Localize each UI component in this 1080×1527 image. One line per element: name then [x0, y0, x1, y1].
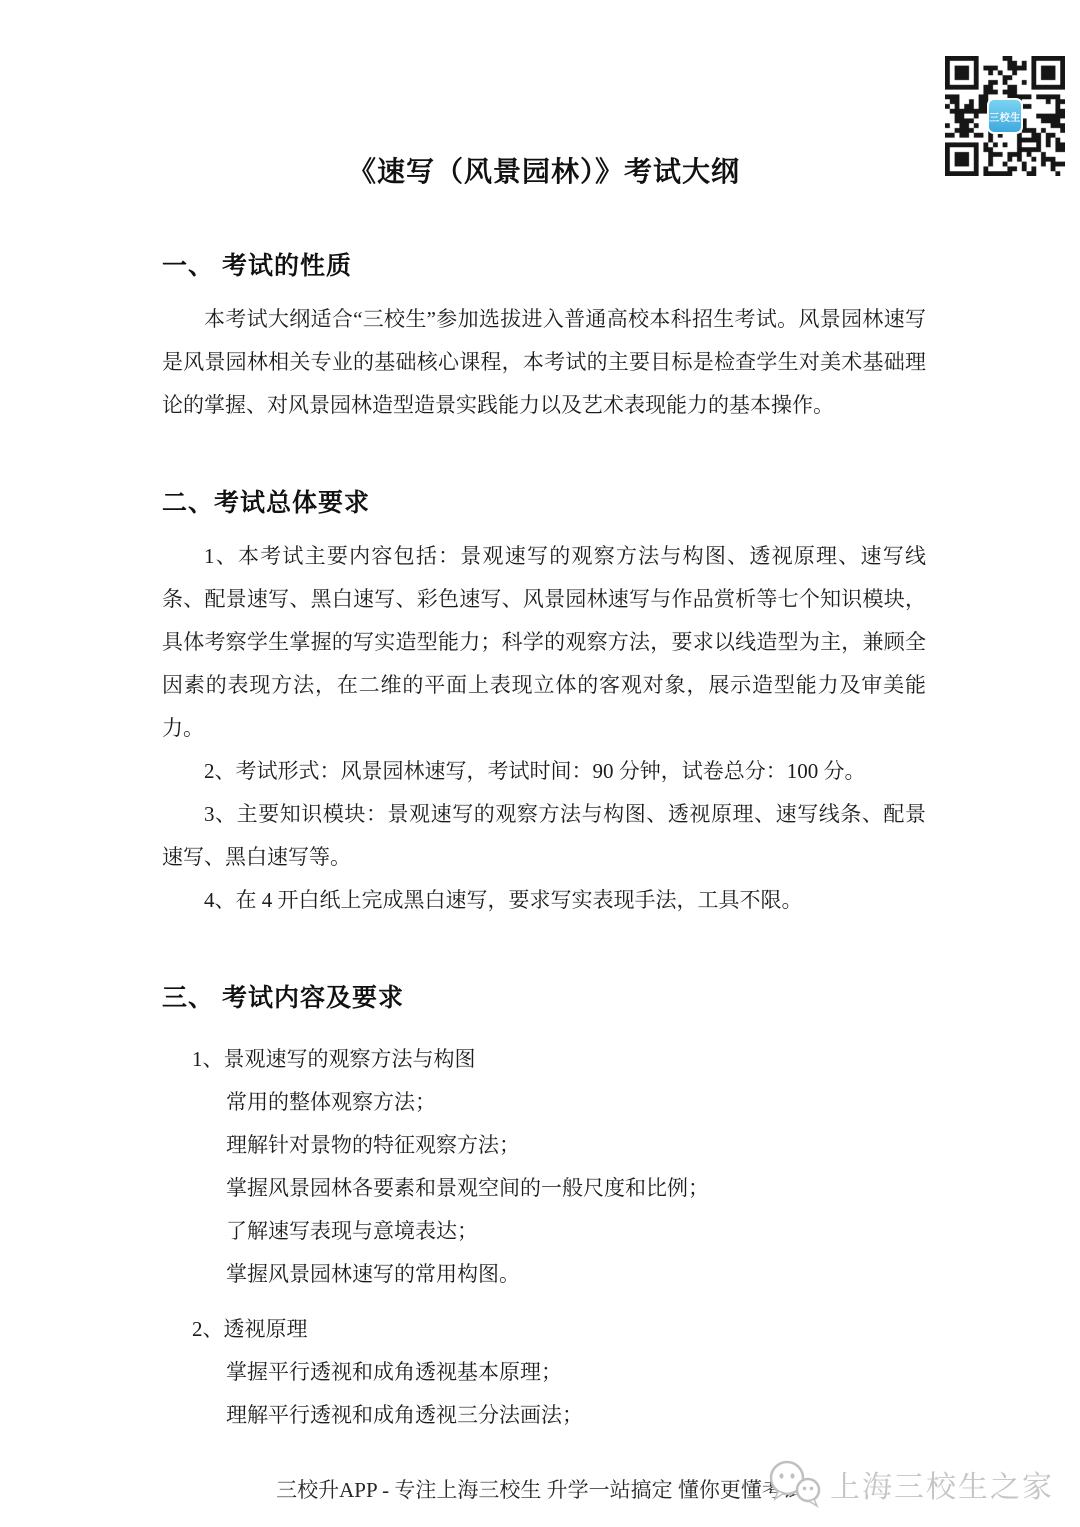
subsection-1-line: 常用的整体观察方法；	[162, 1081, 926, 1124]
section-heading-exam-nature: 一、 考试的性质	[162, 246, 926, 282]
qr-code: 三校生	[945, 56, 1065, 176]
page-title: 《速写（风景园林）》考试大纲	[162, 150, 926, 190]
overall-item-3: 3、主要知识模块：景观速写的观察方法与构图、透视原理、速写线条、配景速写、黑白速…	[162, 793, 926, 879]
subsection-1-line: 掌握风景园林各要素和景观空间的一般尺度和比例；	[162, 1167, 926, 1210]
overall-item-2: 2、考试形式：风景园林速写，考试时间：90 分钟，试卷总分：100 分。	[162, 750, 926, 793]
section-heading-exam-content: 三、 考试内容及要求	[162, 978, 926, 1014]
overall-item-1: 1、本考试主要内容包括：景观速写的观察方法与构图、透视原理、速写线条、配景速写、…	[162, 535, 926, 750]
subsection-1-line: 了解速写表现与意境表达；	[162, 1210, 926, 1253]
watermark: 上海三校生之家	[764, 1458, 1054, 1510]
subsection-1-line: 掌握风景园林速写的常用构图。	[162, 1253, 926, 1296]
overall-item-4: 4、在 4 开白纸上完成黑白速写，要求写实表现手法，工具不限。	[162, 879, 926, 922]
subsection-1-title: 1、景观速写的观察方法与构图	[162, 1038, 926, 1081]
document-page: 三校生 《速写（风景园林）》考试大纲 一、 考试的性质 本考试大纲适合“三校生”…	[0, 0, 1080, 1527]
wechat-bubbles-icon	[764, 1458, 826, 1510]
qr-logo-badge: 三校生	[987, 98, 1023, 134]
content-subsection-1: 1、景观速写的观察方法与构图 常用的整体观察方法； 理解针对景物的特征观察方法；…	[162, 1038, 926, 1296]
subsection-2-line: 理解平行透视和成角透视三分法画法；	[162, 1394, 926, 1437]
subsection-2-title: 2、透视原理	[162, 1308, 926, 1351]
exam-nature-paragraph: 本考试大纲适合“三校生”参加选拔进入普通高校本科招生考试。风景园林速写是风景园林…	[162, 298, 926, 427]
section-heading-overall-requirements: 二、考试总体要求	[162, 483, 926, 519]
document-content: 《速写（风景园林）》考试大纲 一、 考试的性质 本考试大纲适合“三校生”参加选拔…	[162, 0, 926, 1437]
subsection-2-line: 掌握平行透视和成角透视基本原理；	[162, 1351, 926, 1394]
overall-requirements-list: 1、本考试主要内容包括：景观速写的观察方法与构图、透视原理、速写线条、配景速写、…	[162, 535, 926, 922]
footer-app-slogan: 三校升APP - 专注上海三校生 升学一站搞定 懂你更懂考试	[276, 1474, 804, 1504]
subsection-1-line: 理解针对景物的特征观察方法；	[162, 1124, 926, 1167]
content-subsection-2: 2、透视原理 掌握平行透视和成角透视基本原理； 理解平行透视和成角透视三分法画法…	[162, 1308, 926, 1437]
qr-logo-label: 三校生	[989, 109, 1021, 124]
watermark-label: 上海三校生之家	[830, 1462, 1054, 1506]
